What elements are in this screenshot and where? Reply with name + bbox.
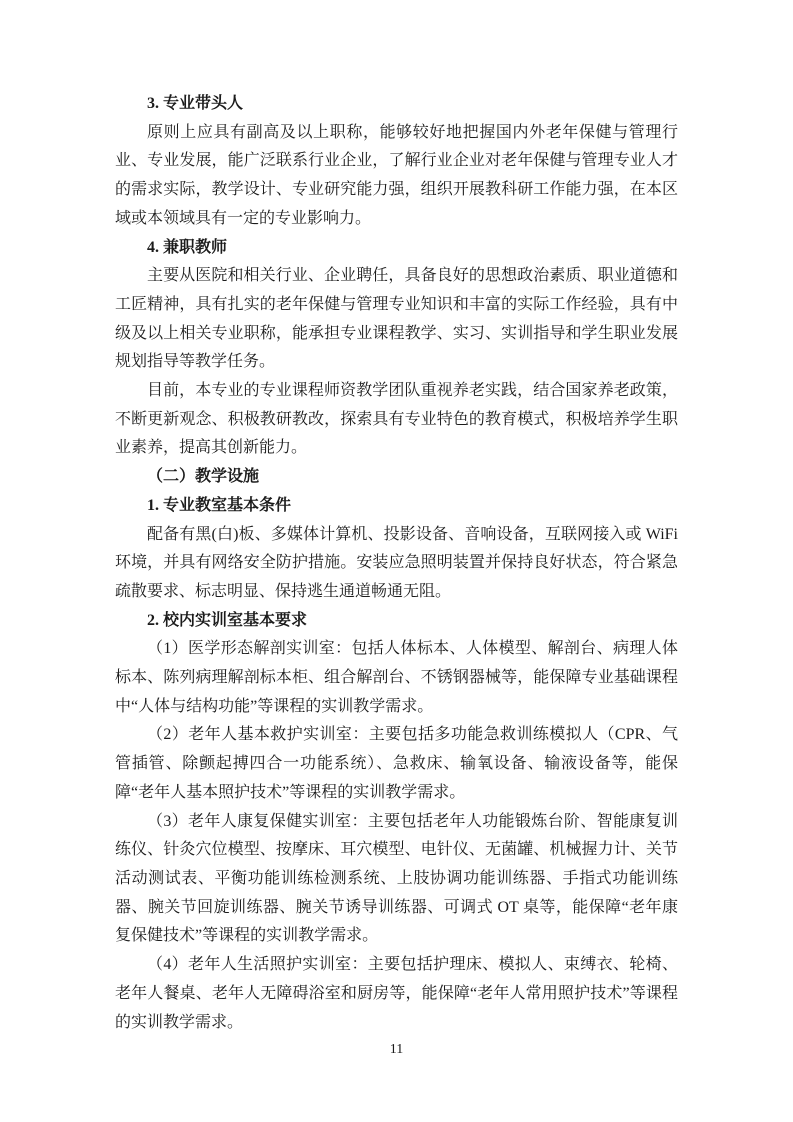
paragraph-classroom-conditions: 配备有黑(白)板、多媒体计算机、投影设备、音响设备，互联网接入或 WiFi 环境… <box>115 521 678 607</box>
page-number: 11 <box>390 1042 403 1057</box>
paragraph-rehab-training-room: （3）老年人康复保健实训室：主要包括老年人功能锻炼台阶、智能康复训练仪、针灸穴位… <box>115 808 678 952</box>
page-footer: 11 <box>0 1042 793 1058</box>
page-body: 3. 专业带头人 原则上应具有副高及以上职称，能够较好地把握国内外老年保健与管理… <box>115 90 678 1037</box>
paragraph-professional-leader: 原则上应具有副高及以上职称，能够较好地把握国内外老年保健与管理行业、专业发展，能… <box>115 119 678 234</box>
heading-parttime-teachers: 4. 兼职教师 <box>115 234 678 263</box>
document-page: 3. 专业带头人 原则上应具有副高及以上职称，能够较好地把握国内外老年保健与管理… <box>0 0 793 1122</box>
heading-campus-training-rooms: 2. 校内实训室基本要求 <box>115 607 678 636</box>
paragraph-daily-care-training-room: （4）老年人生活照护实训室：主要包括护理床、模拟人、束缚衣、轮椅、老年人餐桌、老… <box>115 951 678 1037</box>
heading-teaching-facilities: （二）教学设施 <box>115 463 678 492</box>
paragraph-parttime-teachers: 主要从医院和相关行业、企业聘任，具备良好的思想政治素质、职业道德和工匠精神，具有… <box>115 262 678 377</box>
paragraph-current-team: 目前，本专业的专业课程师资教学团队重视养老实践，结合国家养老政策，不断更新观念、… <box>115 377 678 463</box>
paragraph-anatomy-training-room: （1）医学形态解剖实训室：包括人体标本、人体模型、解剖台、病理人体标本、陈列病理… <box>115 635 678 721</box>
heading-classroom-conditions: 1. 专业教室基本条件 <box>115 492 678 521</box>
paragraph-rescue-training-room: （2）老年人基本救护实训室：主要包括多功能急救训练模拟人（CPR、气管插管、除颤… <box>115 721 678 807</box>
heading-professional-leader: 3. 专业带头人 <box>115 90 678 119</box>
